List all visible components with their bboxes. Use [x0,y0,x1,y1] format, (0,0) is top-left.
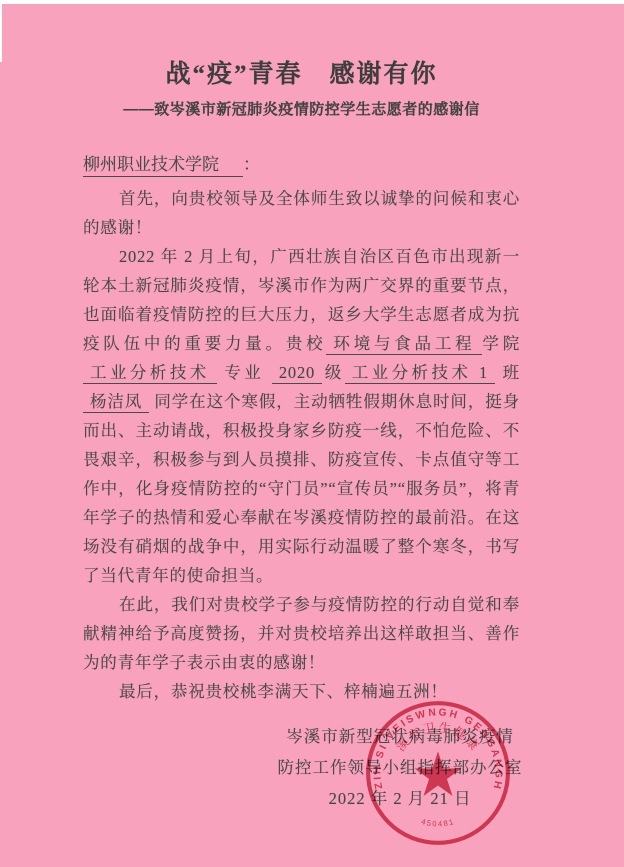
paragraph-epidemic-body: 2022 年 2 月上旬，广西壮族自治区百色市出现新一轮本土新冠肺炎疫情，岑溪市… [83,242,520,590]
scan-edge-sliver [0,4,2,62]
blank-class: 工业分析技术 1 [345,363,495,384]
word-grade: 级 [322,363,345,382]
seal-serial-number: 450481 [420,817,456,829]
salutation: 柳州职业技术学院： [83,153,520,177]
blank-grade: 2020 [272,363,322,384]
word-college: 学院 [482,334,520,353]
seal-star-icon [415,751,462,796]
blank-major: 工业分析技术 [83,363,217,384]
pink-letter-paper: 战“疫”青春 感谢有你 ——致岑溪市新冠肺炎疫情防控学生志愿者的感谢信 柳州职业… [0,4,624,867]
letter-content: 战“疫”青春 感谢有你 ——致岑溪市新冠肺炎疫情防控学生志愿者的感谢信 柳州职业… [0,58,624,706]
paragraph-greeting: 首先，向贵校领导及全体师生致以诚挚的问候和衷心的感谢！ [83,184,520,242]
blank-student-name: 杨洁凤 [83,392,149,413]
letter-subtitle: ——致岑溪市新冠肺炎疫情防控学生志愿者的感谢信 [83,99,520,120]
blank-college: 环境与食品工程 [326,334,482,355]
letter-title: 战“疫”青春 感谢有你 [83,58,520,91]
word-major: 专业 [224,363,264,382]
body-tail-text: 同学在这个寒假，主动牺牲假期休息时间，挺身而出、主动请战，积极投身家乡防疫一线，… [83,392,520,585]
official-seal-stamp: CWNZIH SI VEISWNGH GENGANGH GIZ 岑溪市卫生健康局… [363,698,513,848]
salutation-colon: ： [243,155,260,174]
paragraph-praise: 在此，我们对贵校学子参与疫情防控的行动自觉和奉献精神给予高度赞扬，并对贵校培养出… [83,590,520,677]
word-class: 班 [503,363,520,382]
recipient-name: 柳州职业技术学院 [83,155,243,177]
